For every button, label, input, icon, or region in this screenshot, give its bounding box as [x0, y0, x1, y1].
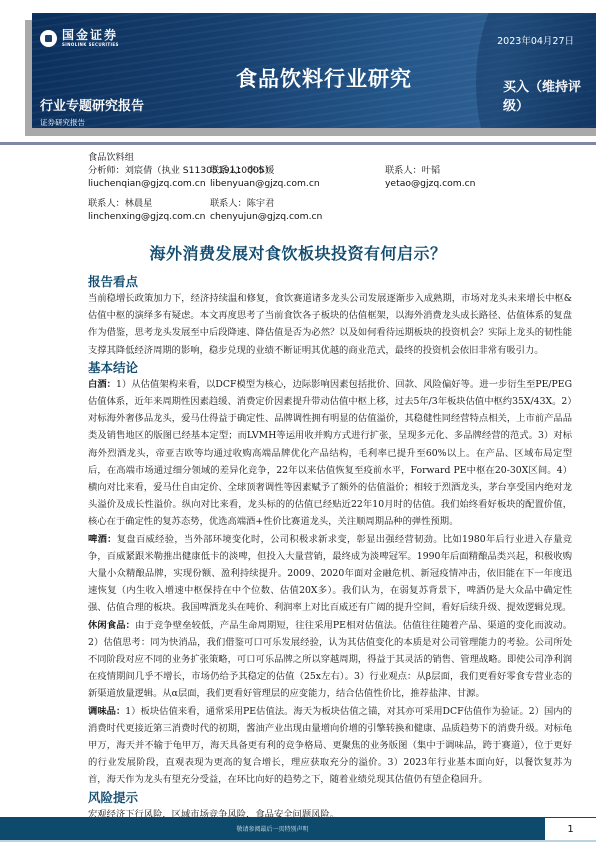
- beer-text: 复盘百威经验，当外部环境变化时，公司积极求新求变，彰显出强经营韧劲。比如1980…: [88, 534, 572, 614]
- contact-email[interactable]: chenyujun@gjzq.com.cn: [210, 210, 322, 223]
- rating-badge: 买入（维持评级）: [503, 76, 596, 114]
- section-heading-risks: 风险提示: [88, 789, 572, 806]
- report-date: 2023年04月27日: [497, 33, 574, 47]
- conclusion-beer: 啤酒：复盘百威经验，当外部环境变化时，公司积极求新求变，彰显出强经营韧劲。比如1…: [88, 531, 572, 617]
- contact-email[interactable]: yetao@gjzq.com.cn: [385, 177, 476, 190]
- beer-label: 啤酒：: [88, 534, 117, 545]
- contact-label: 联系人：李本媛: [210, 164, 274, 177]
- baijiu-text: 1）从估值架构来看，以DCF模型为核心，边际影响因素包括批价、回款、风险偏好等。…: [88, 379, 572, 528]
- report-header-banner: 国金证券 SINOLINK SECURITIES 2023年04月27日 食品饮…: [32, 13, 596, 128]
- snacks-label: 休闲食品：: [88, 620, 135, 631]
- logo-name-cn: 国金证券: [62, 29, 119, 42]
- report-subtype: 证券研究报告: [40, 117, 85, 128]
- condiment-label: 调味品：: [88, 706, 125, 717]
- report-body: 报告看点 当前稳增长政策加力下，经济持续温和修复，食饮赛道诸多龙头公司发展逐渐步…: [88, 273, 572, 823]
- conclusion-condiment: 调味品：1）板块估值来看，通常采用PE估值法。海天为板块估值之锚，对其亦可采用D…: [88, 703, 572, 789]
- contact-email[interactable]: linchenxing@gjzq.com.cn: [88, 210, 206, 223]
- report-title: 海外消费发展对食饮板块投资有何启示？: [0, 241, 596, 264]
- logo-icon: [40, 30, 57, 47]
- report-type: 行业专题研究报告: [40, 95, 144, 114]
- page-number: 1: [545, 817, 596, 842]
- conclusion-snacks: 休闲食品：由于竞争壁垒较低，产品生命周期短，往往采用PE相对估值法。估值往往随着…: [88, 617, 572, 703]
- snacks-text: 由于竞争壁垒较低，产品生命周期短，往往采用PE相对估值法。估值往往随着产品、渠道…: [88, 620, 572, 700]
- disclaimer-note: 敬请参阅最后一页特别声明: [0, 824, 545, 833]
- contact-label: 联系人：林晨星: [88, 197, 152, 210]
- contact-label: 联系人：陈宇君: [210, 197, 274, 210]
- company-logo: 国金证券 SINOLINK SECURITIES: [40, 29, 119, 48]
- team-name: 食品饮料组: [88, 151, 134, 164]
- industry-title: 食品饮料行业研究: [236, 63, 412, 93]
- condiment-text: 1）板块估值来看，通常采用PE估值法。海天为板块估值之锚，对其亦可采用DCF估值…: [88, 706, 572, 786]
- contact-email[interactable]: liuchenqian@gjzq.com.cn: [88, 177, 206, 190]
- highlights-text: 当前稳增长政策加力下，经济持续温和修复，食饮赛道诸多龙头公司发展逐渐步入成熟期，…: [88, 290, 572, 359]
- contact-label: 联系人：叶韬: [385, 164, 440, 177]
- conclusion-baijiu: 白酒：1）从估值架构来看，以DCF模型为核心，边际影响因素包括批价、回款、风险偏…: [88, 376, 572, 531]
- logo-name-en: SINOLINK SECURITIES: [62, 42, 119, 48]
- section-heading-highlights: 报告看点: [88, 273, 572, 290]
- header-divider: [0, 142, 596, 145]
- contact-email[interactable]: libenyuan@gjzq.com.cn: [210, 177, 320, 190]
- section-heading-conclusions: 基本结论: [88, 359, 572, 376]
- baijiu-label: 白酒：: [88, 379, 116, 390]
